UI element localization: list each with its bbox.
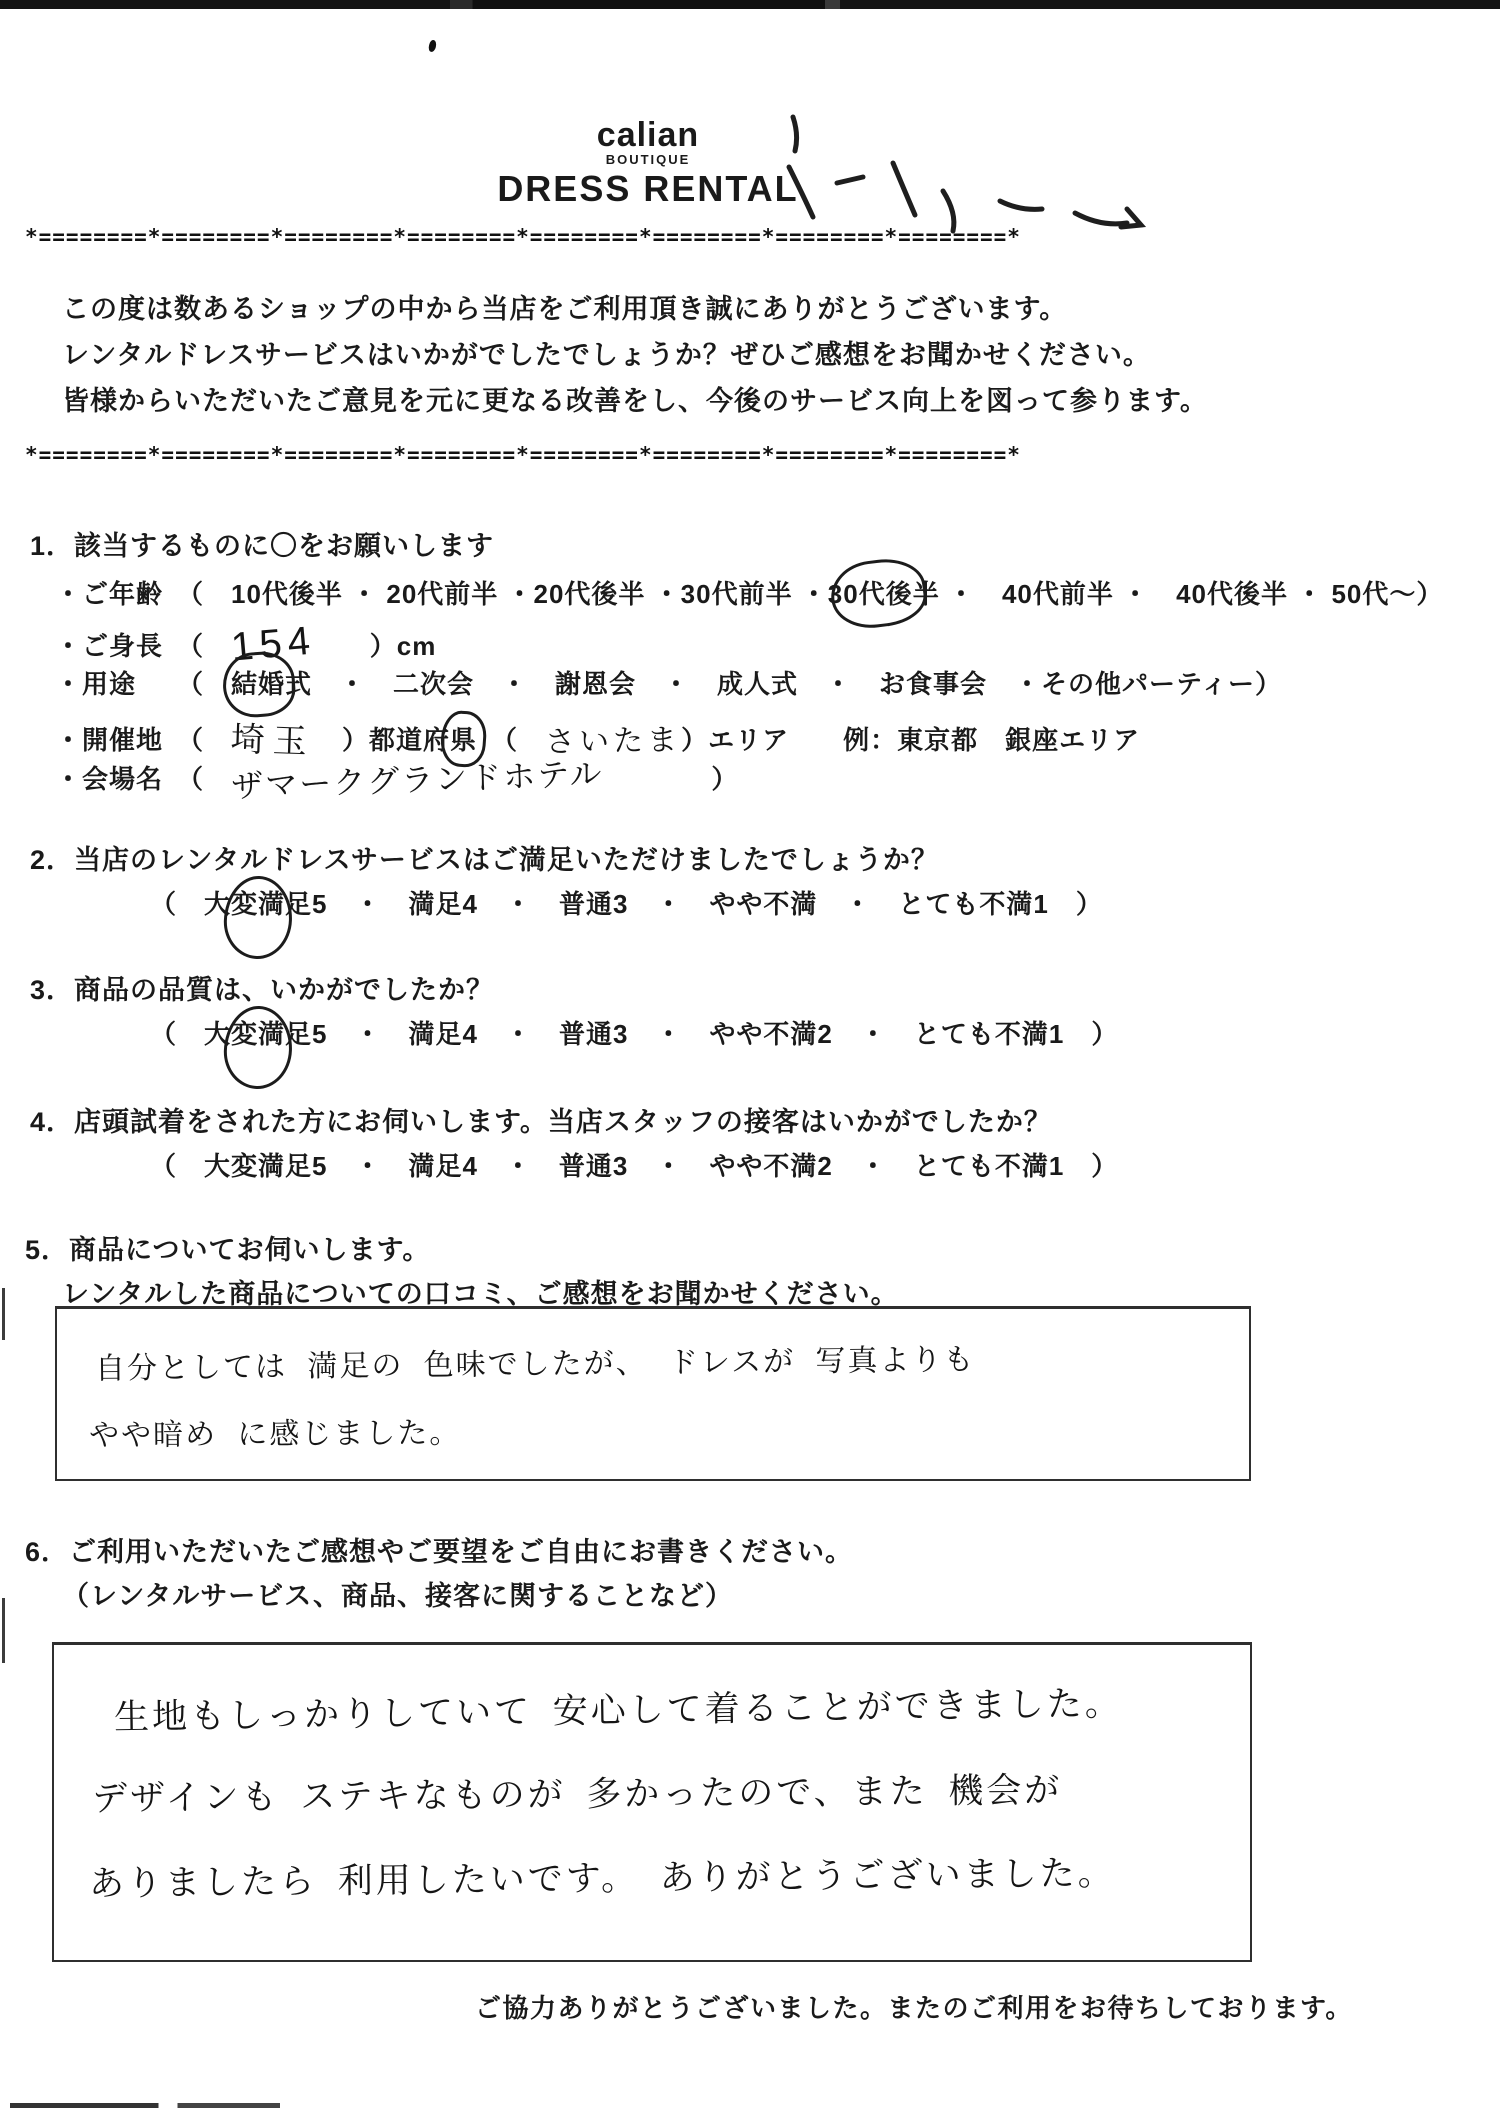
q1-location-label: ・開催地 （ [55,725,231,755]
separator-line-bottom: *========*========*========*========*===… [25,443,1021,467]
q1-purpose-row: ・用途 （ 結婚式 ・ 二次会 ・ 謝恩会 ・ 成人式 ・ お食事会 ・その他パ… [55,664,1282,701]
q1-location-post: ）エリア 例：東京都 銀座エリア [681,725,1140,755]
q4-options-row: （ 大変満足5 ・ 満足4 ・ 普通3 ・ やや不満2 ・ とても不満1 ） [150,1146,1118,1183]
venue-handwritten-value: ザマークグランドホテル [230,749,604,808]
scan-edge-mark [2,1598,5,1663]
q1-height-label: ・ご身長 （ [55,631,231,661]
q2-options-pre: （ 大 [150,889,231,919]
q6-heading: 6．ご利用いただいたご感想やご要望をご自由にお書きください。 [25,1530,853,1569]
scan-edge-mark [2,1288,5,1340]
intro-line-3: 皆様からいただいたご意見を元に更なる改善をし、今後のサービス向上を図って参ります… [62,378,1208,424]
q6-answer-handwriting-line3: ありましたら 利用したいです。 ありがとうございました。 [89,1846,1116,1907]
q1-purpose-circled-text: 結婚 [231,669,285,699]
q6-answer-handwriting-line1: 生地もしっかりしていて 安心して着ることができました。 [114,1676,1123,1740]
q4-heading: 4．店頭試着をされた方にお伺いします。当店スタッフの接客はいかがでしたか？ [30,1100,1052,1139]
footer-thanks: ご協力ありがとうございました。またのご利用をお待ちしております。 [475,1988,1353,2025]
q1-age-options-post: 半 ・ 40代前半 ・ 40代後半 ・ 50代〜） [913,579,1444,609]
scan-artifact-line [10,2103,280,2108]
q6-answer-handwriting-line2: デザインも ステキなものが 多かったので、また 機会が [92,1763,1063,1821]
intro-paragraph: この度は数あるショップの中から当店をご利用頂き誠にありがとうございます。 レンタ… [62,286,1208,424]
q2-options-row: （ 大変満足5 ・ 満足4 ・ 普通3 ・ やや不満 ・ とても不満1 ） [150,884,1103,921]
q1-venue-close: ） [603,764,738,794]
q1-location-circled-text: 県 [450,725,477,755]
q6-answer-box: 生地もしっかりしていて 安心して着ることができました。 デザインも ステキなもの… [52,1642,1252,1962]
q5-heading: 5．商品についてお伺いします。 [25,1228,430,1267]
survey-form-scan: calian BOUTIQUE DRESS RENTAL *========*=… [0,0,1500,2127]
q2-heading: 2．当店のレンタルドレスサービスはご満足いただけましたでしょうか？ [30,838,939,877]
q1-height-unit: ）cm [316,631,437,661]
q1-purpose-options-post: 式 ・ 二次会 ・ 謝恩会 ・ 成人式 ・ お食事会 ・その他パーティー） [285,669,1282,699]
height-handwritten-value: 154 [229,618,317,670]
q5-answer-handwriting-line2: やや暗め に感じました。 [89,1408,462,1455]
q1-age-circled-text: 0代後 [843,579,912,609]
q1-location-mid: ）都道府 [315,725,450,755]
scan-bottom-line [0,0,1500,9]
q1-venue-label: ・会場名 （ [55,764,231,794]
q1-age-row: ・ご年齢 （ 10代後半 ・ 20代前半 ・20代後半 ・30代前半 ・30代後… [55,574,1443,611]
q1-heading: 1．該当するものに〇をお願いします [30,524,494,563]
q3-options-pre: （ 大 [150,1019,231,1049]
q3-circled-text: 変満 [231,1019,285,1049]
q6-sub-instruction: （レンタルサービス、商品、接客に関することなど） [62,1574,733,1613]
scan-speck [428,39,438,52]
q5-answer-handwriting-line1: 自分としては 満足の 色味でしたが、 ドレスが 写真よりも [95,1334,976,1387]
age-selection-circle: 0代後 [843,574,912,611]
intro-line-1: この度は数あるショップの中から当店をご利用頂き誠にありがとうございます。 [62,286,1208,332]
q1-purpose-label: ・用途 （ [55,669,231,699]
q1-height-row: ・ご身長 （ 154 ）cm [55,620,436,665]
q1-venue-row: ・会場名 （ ザマークグランドホテル ） [55,752,738,798]
q3-options-post: 足5 ・ 満足4 ・ 普通3 ・ やや不満2 ・ とても不満1 ） [285,1019,1118,1049]
q2-options-post: 足5 ・ 満足4 ・ 普通3 ・ やや不満 ・ とても不満1 ） [285,889,1103,919]
q3-options-row: （ 大変満足5 ・ 満足4 ・ 普通3 ・ やや不満2 ・ とても不満1 ） [150,1014,1118,1051]
q5-answer-box: 自分としては 満足の 色味でしたが、 ドレスが 写真よりも やや暗め に感じまし… [55,1306,1251,1481]
q2-circled-text: 変満 [231,889,285,919]
purpose-selection-circle: 結婚 [231,664,285,701]
separator-line-top: *========*========*========*========*===… [25,225,1021,249]
q2-selection-circle: 変満 [231,884,285,921]
intro-line-2: レンタルドレスサービスはいかがでしたでしょうか？ぜひご感想をお聞かせください。 [62,332,1208,378]
q3-selection-circle: 変満 [231,1014,285,1051]
q3-heading: 3．商品の品質は、いかがでしたか？ [30,968,494,1007]
q1-age-options-pre: ・ご年齢 （ 10代後半 ・ 20代前半 ・20代後半 ・30代前半 ・3 [55,579,843,609]
